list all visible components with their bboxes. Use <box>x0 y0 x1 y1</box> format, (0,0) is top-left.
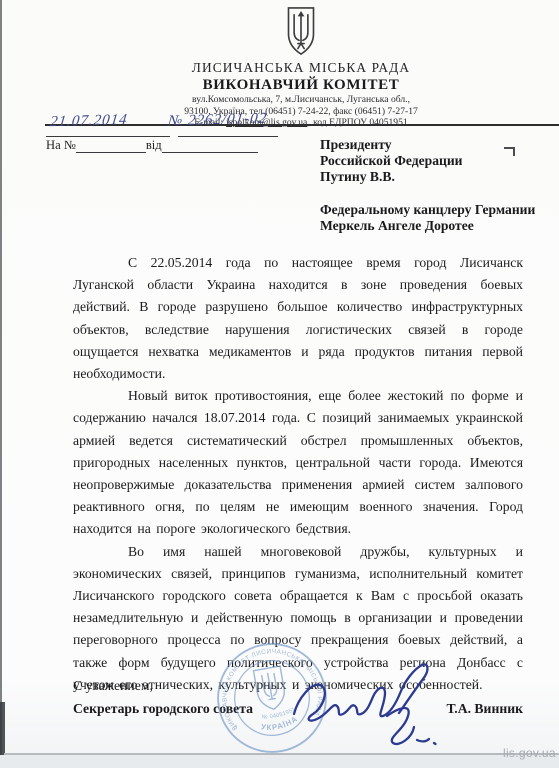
handwritten-date: 21.07.2014 <box>49 112 128 131</box>
scanned-letter-page: ЛИСИЧАНСЬКА МІСЬКА РАДА ВИКОНАВЧИЙ КОМІТ… <box>0 0 559 768</box>
addressee-line: Путину В.В. <box>320 169 535 185</box>
handwritten-signature-icon <box>288 650 458 752</box>
letter-body: С 22.05.2014 года по настоящее время гор… <box>73 252 523 696</box>
reply-from-label: від <box>146 138 162 152</box>
reply-reference-row: На №від <box>46 138 258 153</box>
reply-from-blank <box>162 139 258 153</box>
scan-left-edge-shadow <box>0 702 5 757</box>
form-corner-mark <box>504 147 515 156</box>
reply-no-blank <box>76 139 146 153</box>
addressee-gap <box>320 186 535 202</box>
scan-background-band <box>0 755 559 768</box>
salutation: С уважением, <box>73 678 153 694</box>
scan-left-edge <box>0 0 2 757</box>
site-watermark: lis.gov.ua <box>503 746 556 760</box>
stamp-trident-icon <box>254 666 288 712</box>
addressee-line: Меркель Ангеле Доротее <box>320 218 535 234</box>
letterhead: ЛИСИЧАНСЬКА МІСЬКА РАДА ВИКОНАВЧИЙ КОМІТ… <box>45 6 557 129</box>
handwritten-outgoing-number: № 2262/01-02 <box>167 111 268 131</box>
paragraph: Новый виток противостояния, еще более же… <box>73 385 523 540</box>
organization-name: ЛИСИЧАНСЬКА МІСЬКА РАДА <box>45 60 557 76</box>
committee-name: ВИКОНАВЧИЙ КОМІТЕТ <box>45 77 557 94</box>
reply-no-label: На № <box>46 138 76 152</box>
ukraine-trident-emblem-icon <box>45 6 557 56</box>
addressee-line: Федеральному канцлеру Германии <box>320 202 535 218</box>
paragraph: С 22.05.2014 года по настоящее время гор… <box>73 252 523 385</box>
edrpou-code: , код ЕДРПОУ 04051951 <box>308 117 407 128</box>
address-line-1: вул.Комсомольська, 7, м.Лисичанськ, Луга… <box>45 95 557 106</box>
